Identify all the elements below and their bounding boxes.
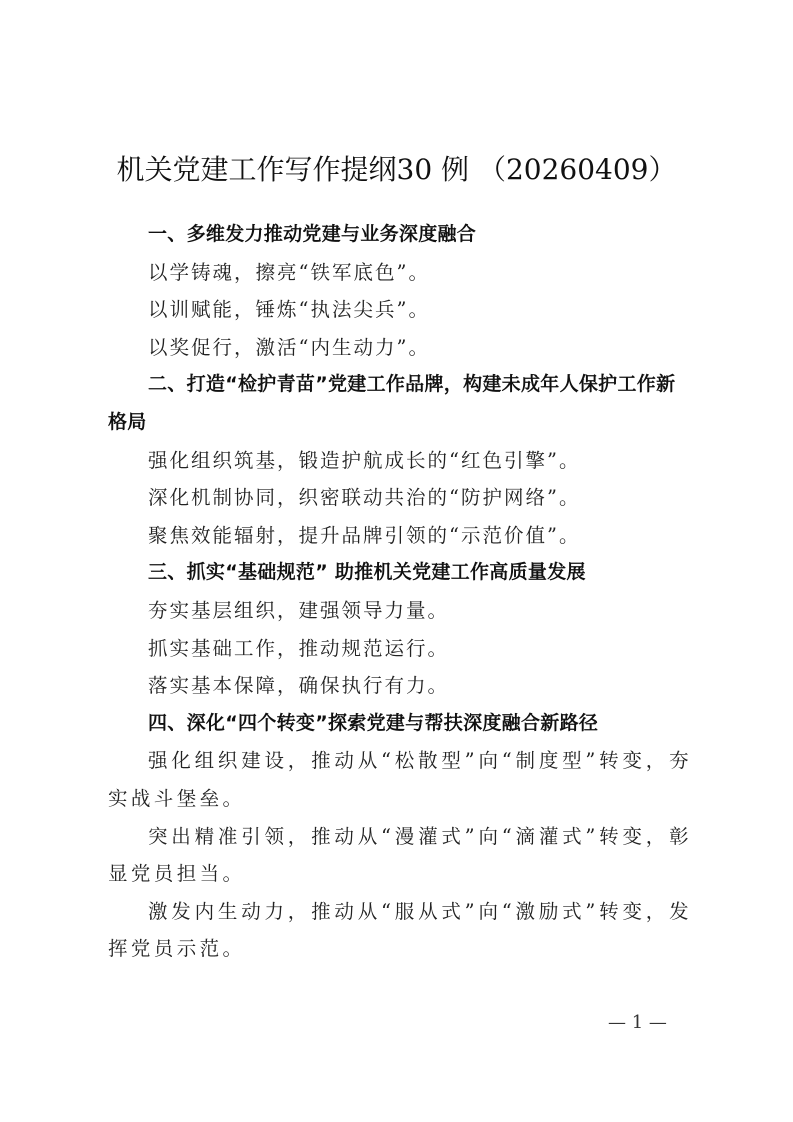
section-item: 强化组织筑基，锻造护航成长的“红色引擎”。 [108, 442, 692, 480]
section-item: 夯实基层组织，建强领导力量。 [108, 592, 692, 630]
section-item: 以训赋能，锤炼“执法尖兵”。 [108, 291, 692, 329]
section-item: 激发内生动力，推动从“服从式”向“激励式”转变，发挥党员示范。 [108, 893, 692, 968]
section-item: 以奖促行，激活“内生动力”。 [108, 329, 692, 367]
document-title: 机关党建工作写作提纲30 例 （20260409） [0, 152, 793, 188]
page-number: — 1 — [608, 1012, 667, 1033]
document-page: 机关党建工作写作提纲30 例 （20260409） 一、多维发力推动党建与业务深… [0, 0, 793, 1122]
section-item: 抓实基础工作，推动规范运行。 [108, 630, 692, 668]
section-heading: 二、打造“检护青苗”党建工作品牌，构建未成年人保护工作新格局 [108, 366, 692, 441]
section-2: 二、打造“检护青苗”党建工作品牌，构建未成年人保护工作新格局 强化组织筑基，锻造… [108, 366, 692, 554]
section-item: 深化机制协同，织密联动共治的“防护网络”。 [108, 479, 692, 517]
section-heading: 四、深化“四个转变”探索党建与帮扶深度融合新路径 [108, 705, 692, 743]
section-1: 一、多维发力推动党建与业务深度融合 以学铸魂，擦亮“铁军底色”。 以训赋能，锤炼… [108, 216, 692, 366]
section-heading: 一、多维发力推动党建与业务深度融合 [108, 216, 692, 254]
document-body: 一、多维发力推动党建与业务深度融合 以学铸魂，擦亮“铁军底色”。 以训赋能，锤炼… [108, 216, 692, 968]
section-4: 四、深化“四个转变”探索党建与帮扶深度融合新路径 强化组织建设，推动从“松散型”… [108, 705, 692, 968]
section-item: 以学铸魂，擦亮“铁军底色”。 [108, 254, 692, 292]
section-item: 突出精准引领，推动从“漫灌式”向“滴灌式”转变，彰显党员担当。 [108, 818, 692, 893]
section-3: 三、抓实“基础规范” 助推机关党建工作高质量发展 夯实基层组织，建强领导力量。 … [108, 554, 692, 704]
section-item: 落实基本保障，确保执行有力。 [108, 667, 692, 705]
section-item: 聚焦效能辐射，提升品牌引领的“示范价值”。 [108, 517, 692, 555]
section-item: 强化组织建设，推动从“松散型”向“制度型”转变，夯实战斗堡垒。 [108, 742, 692, 817]
section-heading: 三、抓实“基础规范” 助推机关党建工作高质量发展 [108, 554, 692, 592]
